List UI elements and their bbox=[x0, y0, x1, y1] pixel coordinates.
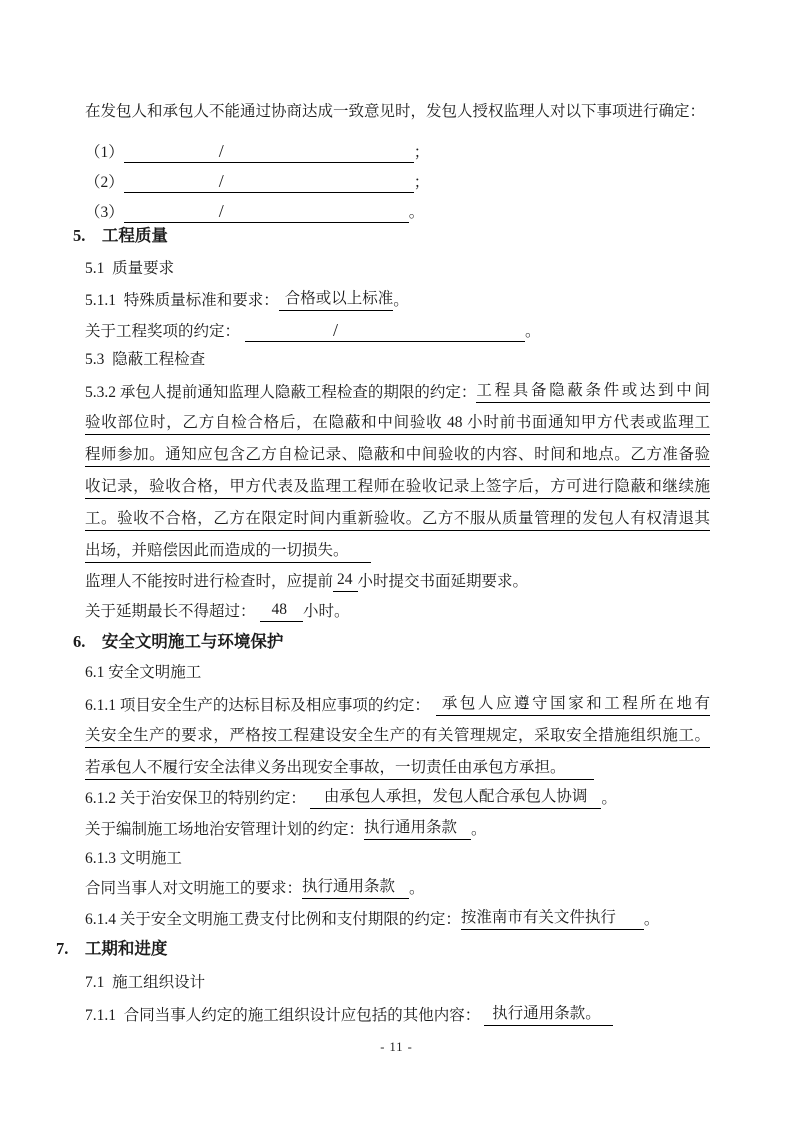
clause-text: 5.3 隐蔽工程检查 bbox=[85, 350, 205, 370]
clause-text: 6.1.4 关于安全文明施工费支付比例和支付期限的约定： bbox=[85, 910, 461, 930]
clause-5-3: 5.3 隐蔽工程检查 bbox=[85, 348, 710, 370]
filled-in-underlined-text: 验收部位时，乙方自检合格后，在隐蔽和中间验收 48 小时前书面通知甲方代表或监理… bbox=[85, 413, 710, 435]
document-content: 在发包人和承包人不能通过协商达成一致意见时，发包人授权监理人对以下事项进行确定：… bbox=[0, 0, 793, 1122]
blank-underline-field bbox=[124, 171, 219, 193]
clause-7-1-1: 7.1.1 合同当事人约定的施工组织设计应包括的其他内容：执行通用条款。 bbox=[85, 1004, 710, 1026]
clause-text: 。 bbox=[601, 789, 617, 809]
blank-underline-field bbox=[124, 141, 219, 163]
clause-security-management-plan: 关于编制施工场地治安管理计划的约定：执行通用条款。 bbox=[85, 818, 710, 840]
contract-document-page: 在发包人和承包人不能通过协商达成一致意见时，发包人授权监理人对以下事项进行确定：… bbox=[0, 0, 793, 1122]
clause-text: 7.1.1 合同当事人约定的施工组织设计应包括的其他内容： bbox=[85, 1006, 484, 1026]
clause-text: 关于延期最长不得超过： bbox=[85, 602, 260, 622]
filled-in-underlined-text: 24 bbox=[333, 570, 358, 592]
blank-underline-field bbox=[338, 320, 525, 342]
clause-5-1-1: 5.1.1 特殊质量标准和要求：合格或以上标准。 bbox=[85, 289, 710, 311]
clause-5-3-2-line-5: 工。验收不合格，乙方在限定时间内重新验收。乙方不服从质量管理的发包人有权清退其 bbox=[85, 509, 710, 531]
clause-5-3-2-line-3: 程师参加。通知应包含乙方自检记录、隐蔽和中间验收的内容、时间和地点。乙方准备验 bbox=[85, 445, 710, 467]
clause-text: 6.1.1 项目安全生产的达标目标及相应事项的约定： bbox=[85, 696, 436, 716]
clause-text: 5.3.2 承包人提前通知监理人隐蔽工程检查的期限的约定： bbox=[85, 383, 476, 403]
determination-item-1: （1）/； bbox=[85, 141, 710, 163]
clause-6-1-3: 6.1.3 文明施工 bbox=[85, 847, 710, 869]
filled-in-underlined-text: 执行通用条款 bbox=[302, 877, 409, 899]
clause-text: 6.1 安全文明施工 bbox=[85, 663, 201, 683]
clause-text: （3） bbox=[85, 203, 124, 223]
filled-in-underlined-text: 收记录，验收合格，甲方代表及监理工程师在验收记录上签字后，方可进行隐蔽和继续施 bbox=[85, 477, 710, 499]
heading-7-schedule-progress: 7. 工期和进度 bbox=[56, 937, 681, 959]
clause-text: 6.1.3 文明施工 bbox=[85, 849, 182, 869]
clause-text: 监理人不能按时进行检查时，应提前 bbox=[85, 572, 333, 592]
clause-6-1-2: 6.1.2 关于治安保卫的特别约定：由承包人承担，发包人配合承包人协调。 bbox=[85, 787, 710, 809]
clause-5-1: 5.1 质量要求 bbox=[85, 257, 710, 279]
clause-6-1-4: 6.1.4 关于安全文明施工费支付比例和支付期限的约定：按淮南市有关文件执行。 bbox=[85, 908, 710, 930]
heading-5-project-quality: 5. 工程质量 bbox=[73, 224, 698, 246]
clause-7-1: 7.1 施工组织设计 bbox=[85, 971, 710, 993]
clause-text: 5.1.1 特殊质量标准和要求： bbox=[85, 291, 279, 311]
clause-text: ； bbox=[414, 143, 430, 163]
page-number: - 11 - bbox=[380, 1040, 413, 1054]
clause-text: 小时。 bbox=[303, 602, 350, 622]
determination-item-3: （3）/。 bbox=[85, 201, 710, 223]
clause-supervisor-delay: 监理人不能按时进行检查时，应提前24小时提交书面延期要求。 bbox=[85, 570, 710, 592]
clause-text: 7.1 施工组织设计 bbox=[85, 973, 205, 993]
clause-5-3-2-line-4: 收记录，验收合格，甲方代表及监理工程师在验收记录上签字后，方可进行隐蔽和继续施 bbox=[85, 477, 710, 499]
clause-6-1-1-line-3: 若承包人不履行安全法律义务出现安全事故，一切责任由承包方承担。 bbox=[85, 758, 710, 780]
intro-paragraph: 在发包人和承包人不能通过协商达成一致意见时，发包人授权监理人对以下事项进行确定： bbox=[85, 100, 710, 122]
filled-in-underlined-text: 程师参加。通知应包含乙方自检记录、隐蔽和中间验收的内容、时间和地点。乙方准备验 bbox=[85, 445, 710, 467]
clause-text: （2） bbox=[85, 173, 124, 193]
clause-text: 。 bbox=[409, 203, 425, 223]
filled-in-underlined-text: 若承包人不履行安全法律义务出现安全事故，一切责任由承包方承担。 bbox=[85, 758, 594, 780]
heading-6-safety-civilized-construction: 6. 安全文明施工与环境保护 bbox=[73, 630, 698, 652]
clause-5-3-2-line-6: 出场，并赔偿因此而造成的一切损失。 bbox=[85, 541, 710, 563]
clause-max-delay: 关于延期最长不得超过：48小时。 bbox=[85, 600, 710, 622]
filled-in-underlined-text: 按淮南市有关文件执行 bbox=[461, 908, 644, 930]
blank-underline-field bbox=[245, 320, 333, 342]
filled-in-underlined-text: 48 bbox=[260, 600, 304, 622]
clause-text: 5. 工程质量 bbox=[73, 226, 168, 246]
clause-5-3-2-line-1: 5.3.2 承包人提前通知监理人隐蔽工程检查的期限的约定：工程具备隐蔽条件或达到… bbox=[85, 381, 710, 403]
page-footer: - 11 - bbox=[0, 1040, 793, 1055]
clause-text: 在发包人和承包人不能通过协商达成一致意见时，发包人授权监理人对以下事项进行确定： bbox=[85, 102, 705, 122]
filled-in-underlined-text: 执行通用条款。 bbox=[484, 1004, 613, 1026]
clause-text: 。 bbox=[525, 322, 541, 342]
clause-text: ； bbox=[414, 173, 430, 193]
clause-6-1-1-line-1: 6.1.1 项目安全生产的达标目标及相应事项的约定：承包人应遵守国家和工程所在地… bbox=[85, 694, 710, 716]
filled-in-underlined-text: 关安全生产的要求，严格按工程建设安全生产的有关管理规定，采取安全措施组织施工。 bbox=[85, 726, 710, 748]
filled-in-underlined-text: 执行通用条款 bbox=[364, 818, 471, 840]
clause-text: （1） bbox=[85, 143, 124, 163]
filled-in-underlined-text: 出场，并赔偿因此而造成的一切损失。 bbox=[85, 541, 371, 563]
clause-5-3-2-line-2: 验收部位时，乙方自检合格后，在隐蔽和中间验收 48 小时前书面通知甲方代表或监理… bbox=[85, 413, 710, 435]
clause-text: 。 bbox=[471, 820, 487, 840]
clause-text: 合同当事人对文明施工的要求： bbox=[85, 879, 302, 899]
clause-text: 。 bbox=[393, 291, 409, 311]
clause-text: 关于工程奖项的约定： bbox=[85, 322, 245, 342]
clause-text: 。 bbox=[409, 879, 425, 899]
clause-civilized-construction-requirement: 合同当事人对文明施工的要求：执行通用条款。 bbox=[85, 877, 710, 899]
clause-text: 7. 工期和进度 bbox=[56, 939, 167, 959]
clause-text: 。 bbox=[644, 910, 660, 930]
clause-text: 6.1.2 关于治安保卫的特别约定： bbox=[85, 789, 310, 809]
clause-6-1: 6.1 安全文明施工 bbox=[85, 661, 710, 683]
clause-text: 小时提交书面延期要求。 bbox=[358, 572, 529, 592]
determination-item-2: （2）/； bbox=[85, 171, 710, 193]
clause-text: 5.1 质量要求 bbox=[85, 259, 174, 279]
blank-underline-field bbox=[124, 201, 219, 223]
blank-underline-field bbox=[224, 201, 409, 223]
filled-in-underlined-text: 工程具备隐蔽条件或达到中间 bbox=[476, 381, 710, 403]
clause-text: 6. 安全文明施工与环境保护 bbox=[73, 632, 283, 652]
blank-underline-field bbox=[224, 141, 414, 163]
clause-text: 关于编制施工场地治安管理计划的约定： bbox=[85, 820, 364, 840]
clause-6-1-1-line-2: 关安全生产的要求，严格按工程建设安全生产的有关管理规定，采取安全措施组织施工。 bbox=[85, 726, 710, 748]
blank-underline-field bbox=[224, 171, 414, 193]
filled-in-underlined-text: 工。验收不合格，乙方在限定时间内重新验收。乙方不服从质量管理的发包人有权清退其 bbox=[85, 509, 710, 531]
clause-award-agreement: 关于工程奖项的约定：/。 bbox=[85, 320, 710, 342]
filled-in-underlined-text: 合格或以上标准 bbox=[279, 289, 394, 311]
filled-in-underlined-text: 承包人应遵守国家和工程所在地有 bbox=[436, 694, 710, 716]
filled-in-underlined-text: 由承包人承担，发包人配合承包人协调 bbox=[310, 787, 602, 809]
